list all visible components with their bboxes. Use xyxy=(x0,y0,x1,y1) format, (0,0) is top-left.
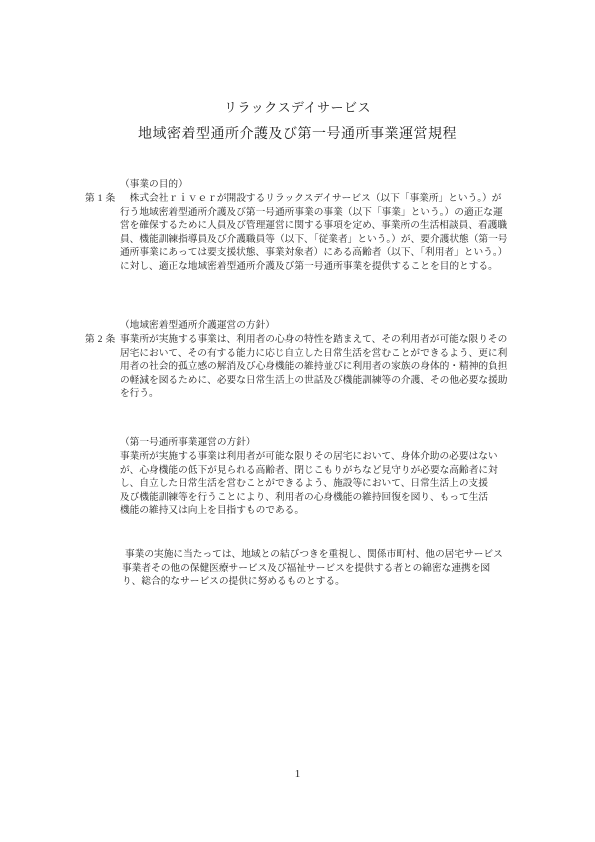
daiichigo-policy-paragraph: 事業所が実施する事業は利用者が可能な限りその居宅において、身体介助の必要はない … xyxy=(120,450,498,518)
page-number: 1 xyxy=(0,769,595,780)
section-heading-community-policy: （地域密着型通所介護運営の方針） xyxy=(120,319,275,333)
article-2: 第2条 事業所が実施する事業は、利用者の心身の特性を踏まえて、その利用者が可能な… xyxy=(85,333,508,401)
document-page: リラックスデイサービス 地域密着型通所介護及び第一号通所事業運営規程 （事業の目… xyxy=(0,0,595,842)
article-2-body: 事業所が実施する事業は、利用者の心身の特性を踏まえて、その利用者が可能な限りその… xyxy=(120,333,508,401)
cooperation-paragraph: 事業の実施に当たっては、地域との結びつきを重視し、関係市町村、他の居宅サービス … xyxy=(122,548,503,589)
document-subtitle: 地域密着型通所介護及び第一号通所事業運営規程 xyxy=(0,128,595,142)
article-1-number: 第1条 xyxy=(85,192,120,206)
article-1: 第1条 株式会社ｒｉｖｅｒが開設するリラックスデイサービス（以下「事業所」という… xyxy=(85,192,507,274)
article-2-number: 第2条 xyxy=(85,333,120,347)
section-heading-purpose: （事業の目的） xyxy=(120,178,188,192)
article-1-body: 株式会社ｒｉｖｅｒが開設するリラックスデイサービス（以下「事業所」という。）が … xyxy=(120,192,507,274)
document-title: リラックスデイサービス xyxy=(0,101,595,114)
section-heading-daiichigo-policy: （第一号通所事業運営の方針） xyxy=(120,436,256,450)
